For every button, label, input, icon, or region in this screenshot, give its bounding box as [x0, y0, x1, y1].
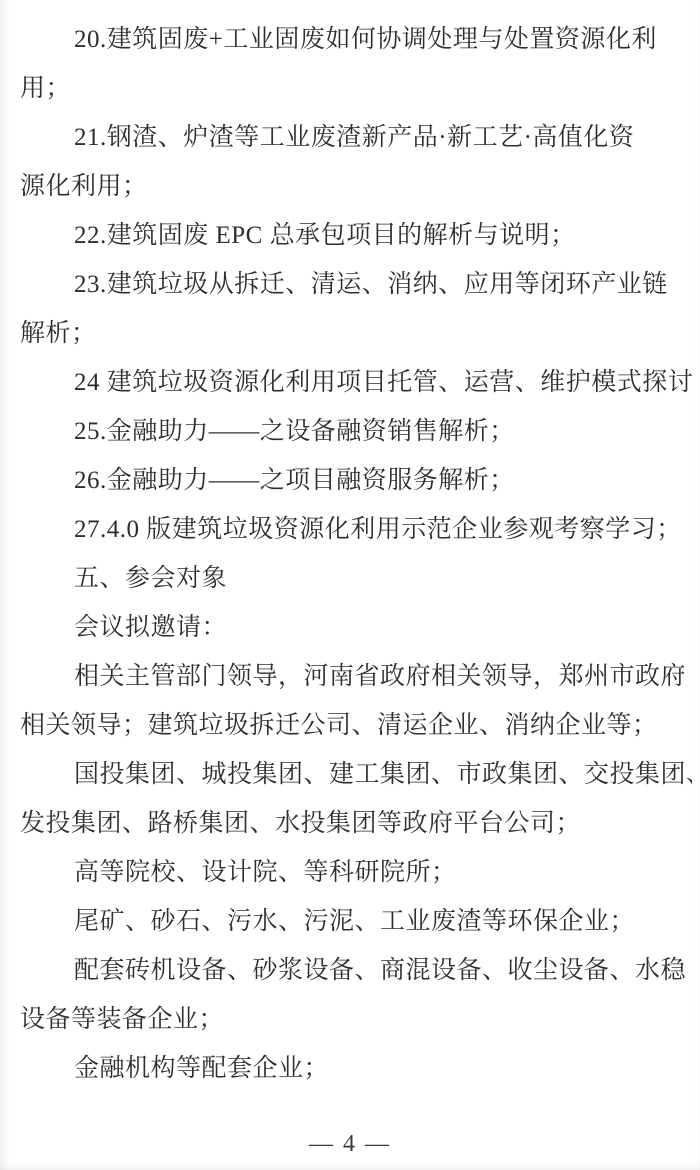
participants-equipment-line-2: 设备等装备企业； [20, 995, 692, 1044]
invitation-lead-in: 会议拟邀请： [20, 603, 692, 652]
agenda-item-24: 24 建筑垃圾资源化利用项目托管、运营、维护模式探讨； [20, 358, 692, 407]
participants-equipment-line-1: 配套砖机设备、砂浆设备、商混设备、收尘设备、水稳 [20, 946, 692, 995]
agenda-item-25: 25.金融助力——之设备融资销售解析； [20, 407, 692, 456]
page-number: — 4 — [0, 1120, 700, 1169]
agenda-item-20-line-1: 20.建筑固废+工业固废如何协调处理与处置资源化利 [20, 15, 692, 64]
agenda-item-21-line-1: 21.钢渣、炉渣等工业废渣新产品·新工艺·高值化资 [20, 113, 692, 162]
document-page: 20.建筑固废+工业固废如何协调处理与处置资源化利 用； 21.钢渣、炉渣等工业… [0, 0, 700, 1170]
participants-env-firms: 尾矿、砂石、污水、污泥、工业废渣等环保企业； [20, 897, 692, 946]
participants-groups-line-1: 国投集团、城投集团、建工集团、市政集团、交投集团、 [20, 750, 692, 799]
participants-gov-line-2: 相关领导；建筑垃圾拆迁公司、清运企业、消纳企业等； [20, 701, 692, 750]
section-heading-participants: 五、参会对象 [20, 554, 692, 603]
document-body: 20.建筑固废+工业固废如何协调处理与处置资源化利 用； 21.钢渣、炉渣等工业… [0, 15, 700, 1093]
participants-groups-line-2: 发投集团、路桥集团、水投集团等政府平台公司； [20, 799, 692, 848]
agenda-item-20-line-2: 用； [20, 64, 692, 113]
agenda-item-21-line-2: 源化利用； [20, 162, 692, 211]
agenda-item-23-line-1: 23.建筑垃圾从拆迁、清运、消纳、应用等闭环产业链 [20, 260, 692, 309]
participants-academia: 高等院校、设计院、等科研院所； [20, 848, 692, 897]
agenda-item-23-line-2: 解析； [20, 309, 692, 358]
agenda-item-22: 22.建筑固废 EPC 总承包项目的解析与说明； [20, 211, 692, 260]
agenda-item-26: 26.金融助力——之项目融资服务解析； [20, 456, 692, 505]
participants-finance: 金融机构等配套企业； [20, 1044, 692, 1093]
agenda-item-27: 27.4.0 版建筑垃圾资源化利用示范企业参观考察学习； [20, 505, 692, 554]
participants-gov-line-1: 相关主管部门领导，河南省政府相关领导，郑州市政府 [20, 652, 692, 701]
